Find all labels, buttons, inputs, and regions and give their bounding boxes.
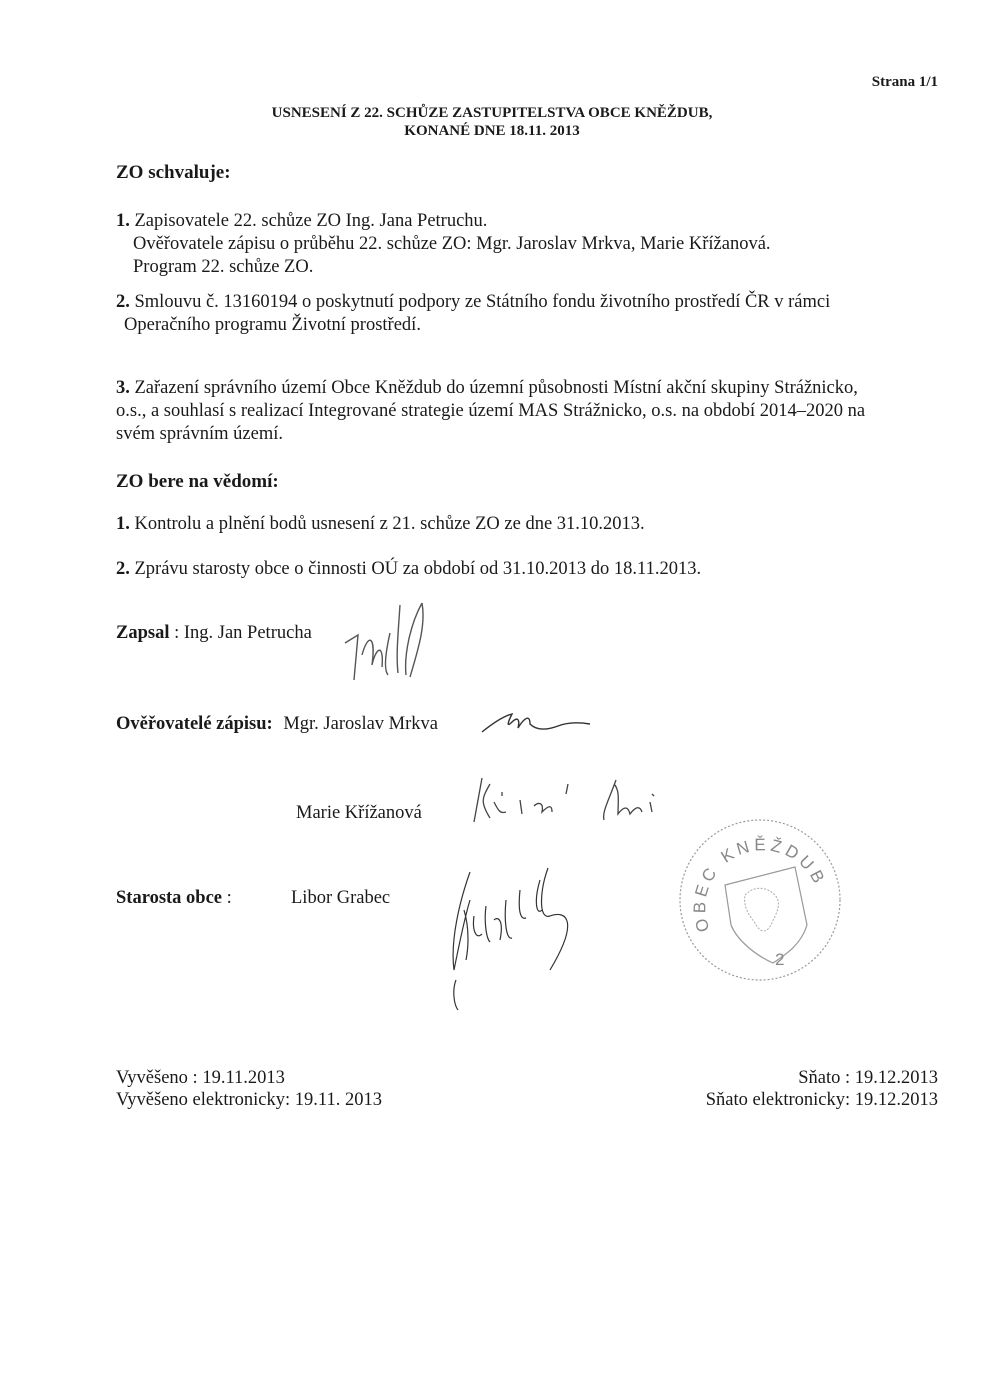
mayor-signature-icon xyxy=(440,860,600,1010)
page-number: Strana 1/1 xyxy=(872,74,938,91)
notes-item-2: 2. Zprávu starosty obce o činnosti OÚ za… xyxy=(116,558,701,581)
recorder-signature-icon xyxy=(340,595,480,690)
removed-electronic-date: Sňato elektronicky: 19.12.2013 xyxy=(706,1089,938,1111)
item-text: Zprávu starosty obce o činnosti OÚ za ob… xyxy=(135,559,702,579)
posted-date: Vyvěšeno : 19.11.2013 xyxy=(116,1067,382,1089)
stamp-number: 2 xyxy=(775,950,784,969)
approves-item-1: 1. Zapisovatele 22. schůze ZO Ing. Jana … xyxy=(116,210,771,279)
title-line-1: USNESENÍ Z 22. SCHŮZE ZASTUPITELSTVA OBC… xyxy=(0,104,992,122)
item-line: o.s., a souhlasí s realizací Integrované… xyxy=(116,400,865,423)
approves-item-3: 3. Zařazení správního území Obce Kněždub… xyxy=(116,377,865,446)
item-number: 1. xyxy=(116,514,130,534)
mayor-line: Starosta obce : xyxy=(116,888,232,909)
mayor-label: Starosta obce xyxy=(116,888,222,908)
municipal-stamp-icon: OBEC KNĚŽDUB 2 xyxy=(675,815,845,985)
item-line: svém správním území. xyxy=(116,423,865,446)
verifier-1-signature-icon xyxy=(478,700,598,740)
approves-item-2: 2. Smlouvu č. 13160194 o poskytnutí podp… xyxy=(116,291,830,337)
recorder-name: : Ing. Jan Petrucha xyxy=(174,623,312,643)
verifier-1-name: Mgr. Jaroslav Mrkva xyxy=(283,714,438,734)
item-line: Ověřovatele zápisu o průběhu 22. schůze … xyxy=(116,233,771,256)
item-number: 2. xyxy=(116,559,130,579)
item-line: Zapisovatele 22. schůze ZO Ing. Jana Pet… xyxy=(135,211,488,231)
verifiers-label: Ověřovatelé zápisu: xyxy=(116,714,273,734)
mayor-name: Libor Grabec xyxy=(291,888,390,909)
verifier-2-name: Marie Křížanová xyxy=(296,803,422,824)
title-line-2: KONANÉ DNE 18.11. 2013 xyxy=(0,122,992,140)
item-text: Kontrolu a plnění bodů usnesení z 21. sc… xyxy=(135,514,645,534)
posted-info: Vyvěšeno : 19.11.2013 Vyvěšeno elektroni… xyxy=(116,1067,382,1111)
item-number: 3. xyxy=(116,378,130,398)
svg-text:OBEC KNĚŽDUB: OBEC KNĚŽDUB xyxy=(690,835,830,934)
item-number: 1. xyxy=(116,211,130,231)
item-line: Zařazení správního území Obce Kněždub do… xyxy=(135,378,858,398)
recorder-line: Zapsal : Ing. Jan Petrucha xyxy=(116,623,312,644)
section-heading-notes: ZO bere na vědomí: xyxy=(116,471,279,493)
item-number: 2. xyxy=(116,292,130,312)
removed-date: Sňato : 19.12.2013 xyxy=(706,1067,938,1089)
mayor-separator: : xyxy=(227,888,232,908)
section-heading-approves: ZO schvaluje: xyxy=(116,162,231,184)
posted-electronic-date: Vyvěšeno elektronicky: 19.11. 2013 xyxy=(116,1089,382,1111)
item-line: Program 22. schůze ZO. xyxy=(116,256,771,279)
item-line: Operačního programu Životní prostředí. xyxy=(116,314,830,337)
notes-item-1: 1. Kontrolu a plnění bodů usnesení z 21.… xyxy=(116,513,645,536)
recorder-label: Zapsal xyxy=(116,623,169,643)
removed-info: Sňato : 19.12.2013 Sňato elektronicky: 1… xyxy=(706,1067,938,1111)
stamp-text: OBEC KNĚŽDUB xyxy=(690,835,830,934)
verifiers-line: Ověřovatelé zápisu: Mgr. Jaroslav Mrkva xyxy=(116,714,438,735)
item-line: Smlouvu č. 13160194 o poskytnutí podpory… xyxy=(135,292,831,312)
document-title: USNESENÍ Z 22. SCHŮZE ZASTUPITELSTVA OBC… xyxy=(0,104,992,140)
